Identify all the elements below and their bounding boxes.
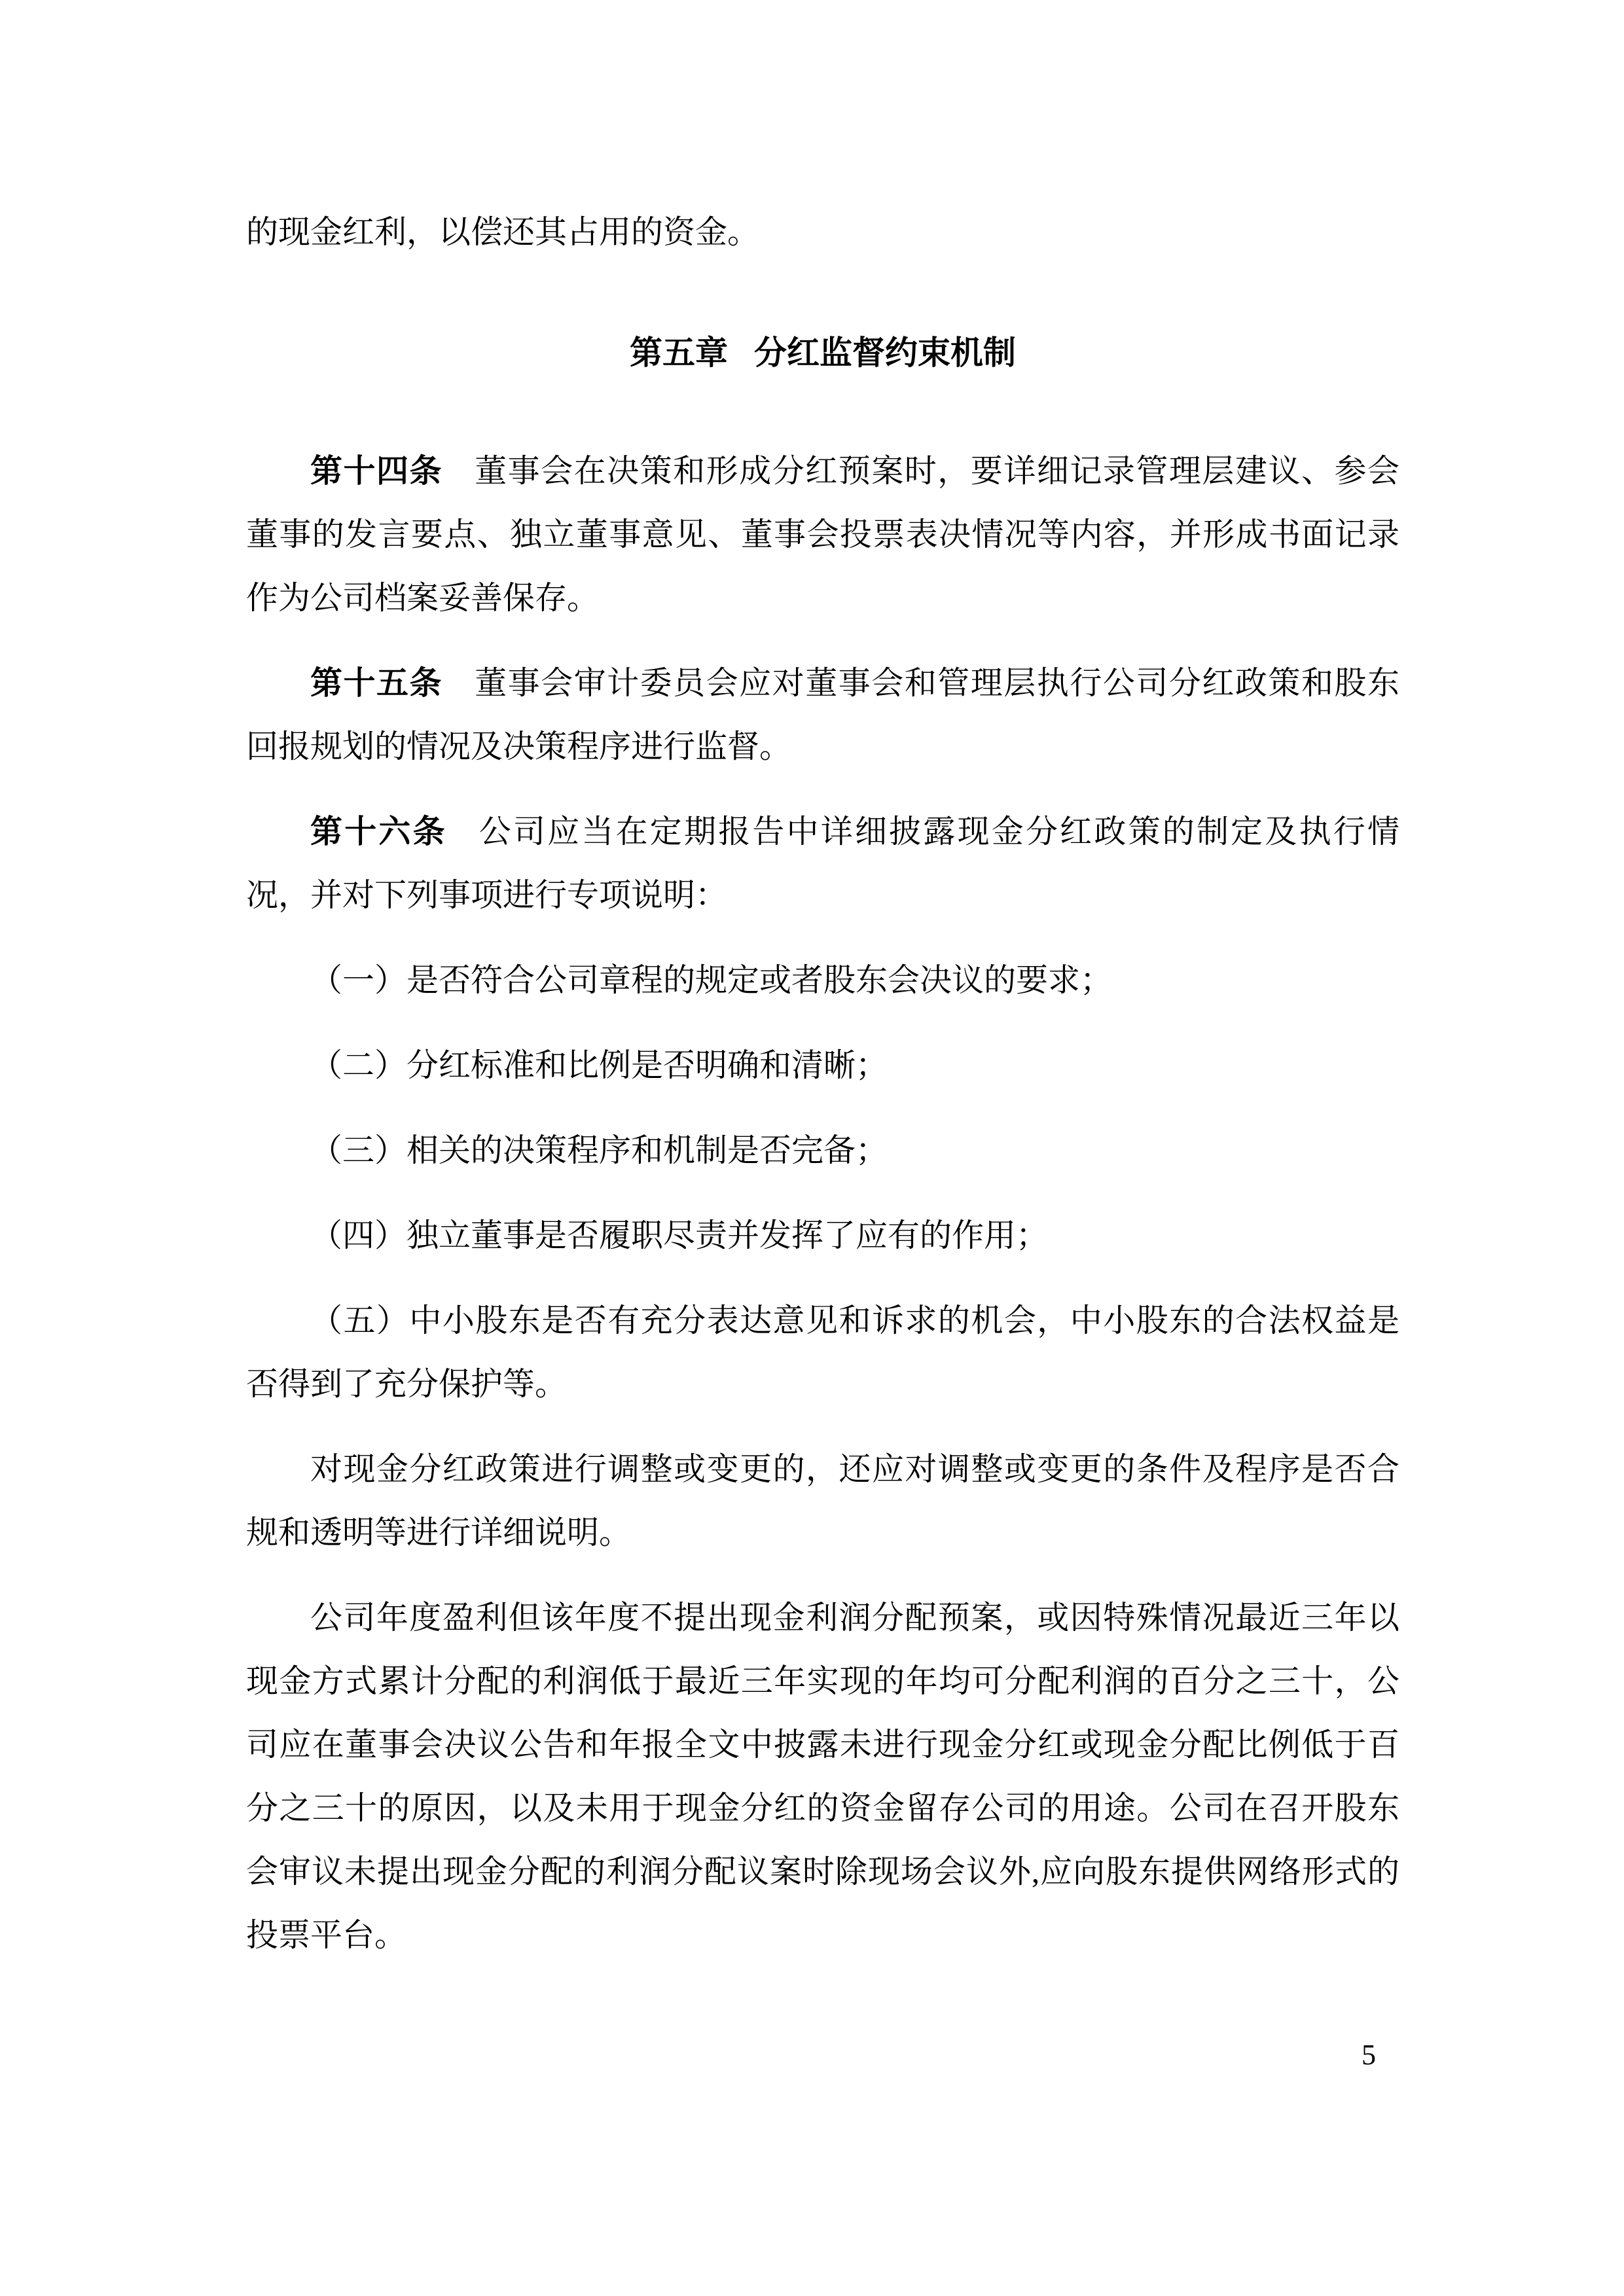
document-page: 的现金红利，以偿还其占用的资金。 第五章分红监督约束机制 第十四条董事会在决策和… bbox=[0, 0, 1624, 2296]
list-item-4-text: （四）独立董事是否履职尽责并发挥了应有的作用； bbox=[310, 1217, 1048, 1253]
chapter-label: 第五章 bbox=[630, 334, 728, 371]
chapter-title: 分红监督约束机制 bbox=[754, 334, 1016, 371]
no-dividend-disclosure-paragraph: 公司年度盈利但该年度不提出现金利润分配预案，或因特殊情况最近三年以现金方式累计分… bbox=[246, 1586, 1399, 1967]
page-number: 5 bbox=[1362, 2036, 1376, 2075]
list-item-1-text: （一）是否符合公司章程的规定或者股东会决议的要求； bbox=[310, 962, 1112, 998]
list-item-5: （五）中小股东是否有充分表达意见和诉求的机会，中小股东的合法权益是否得到了充分保… bbox=[246, 1289, 1399, 1416]
article-14-label: 第十四条 bbox=[310, 453, 442, 489]
list-item-3-text: （三）相关的决策程序和机制是否完备； bbox=[310, 1132, 888, 1168]
article-15-label: 第十五条 bbox=[310, 665, 442, 701]
adjustment-paragraph: 对现金分红政策进行调整或变更的，还应对调整或变更的条件及程序是否合规和透明等进行… bbox=[246, 1437, 1399, 1564]
no-dividend-disclosure-text: 公司年度盈利但该年度不提出现金利润分配预案，或因特殊情况最近三年以现金方式累计分… bbox=[246, 1600, 1399, 1953]
continuation-text: 的现金红利，以偿还其占用的资金。 bbox=[246, 214, 759, 250]
list-item-2: （二）分红标准和比例是否明确和清晰； bbox=[246, 1033, 1399, 1097]
chapter-heading: 第五章分红监督约束机制 bbox=[246, 321, 1399, 385]
list-item-3: （三）相关的决策程序和机制是否完备； bbox=[246, 1119, 1399, 1182]
continuation-paragraph: 的现金红利，以偿还其占用的资金。 bbox=[246, 200, 1399, 264]
list-item-1: （一）是否符合公司章程的规定或者股东会决议的要求； bbox=[246, 948, 1399, 1012]
document-content: 的现金红利，以偿还其占用的资金。 第五章分红监督约束机制 第十四条董事会在决策和… bbox=[246, 200, 1399, 1988]
adjustment-paragraph-text: 对现金分红政策进行调整或变更的，还应对调整或变更的条件及程序是否合规和透明等进行… bbox=[246, 1451, 1399, 1551]
article-16-label: 第十六条 bbox=[310, 814, 447, 850]
list-item-5-text: （五）中小股东是否有充分表达意见和诉求的机会，中小股东的合法权益是否得到了充分保… bbox=[246, 1302, 1399, 1402]
article-16-paragraph: 第十六条公司应当在定期报告中详细披露现金分红政策的制定及执行情况，并对下列事项进… bbox=[246, 800, 1399, 927]
list-item-2-text: （二）分红标准和比例是否明确和清晰； bbox=[310, 1047, 888, 1083]
article-14-paragraph: 第十四条董事会在决策和形成分红预案时，要详细记录管理层建议、参会董事的发言要点、… bbox=[246, 439, 1399, 630]
article-15-paragraph: 第十五条董事会审计委员会应对董事会和管理层执行公司分红政策和股东回报规划的情况及… bbox=[246, 651, 1399, 778]
list-item-4: （四）独立董事是否履职尽责并发挥了应有的作用； bbox=[246, 1204, 1399, 1267]
